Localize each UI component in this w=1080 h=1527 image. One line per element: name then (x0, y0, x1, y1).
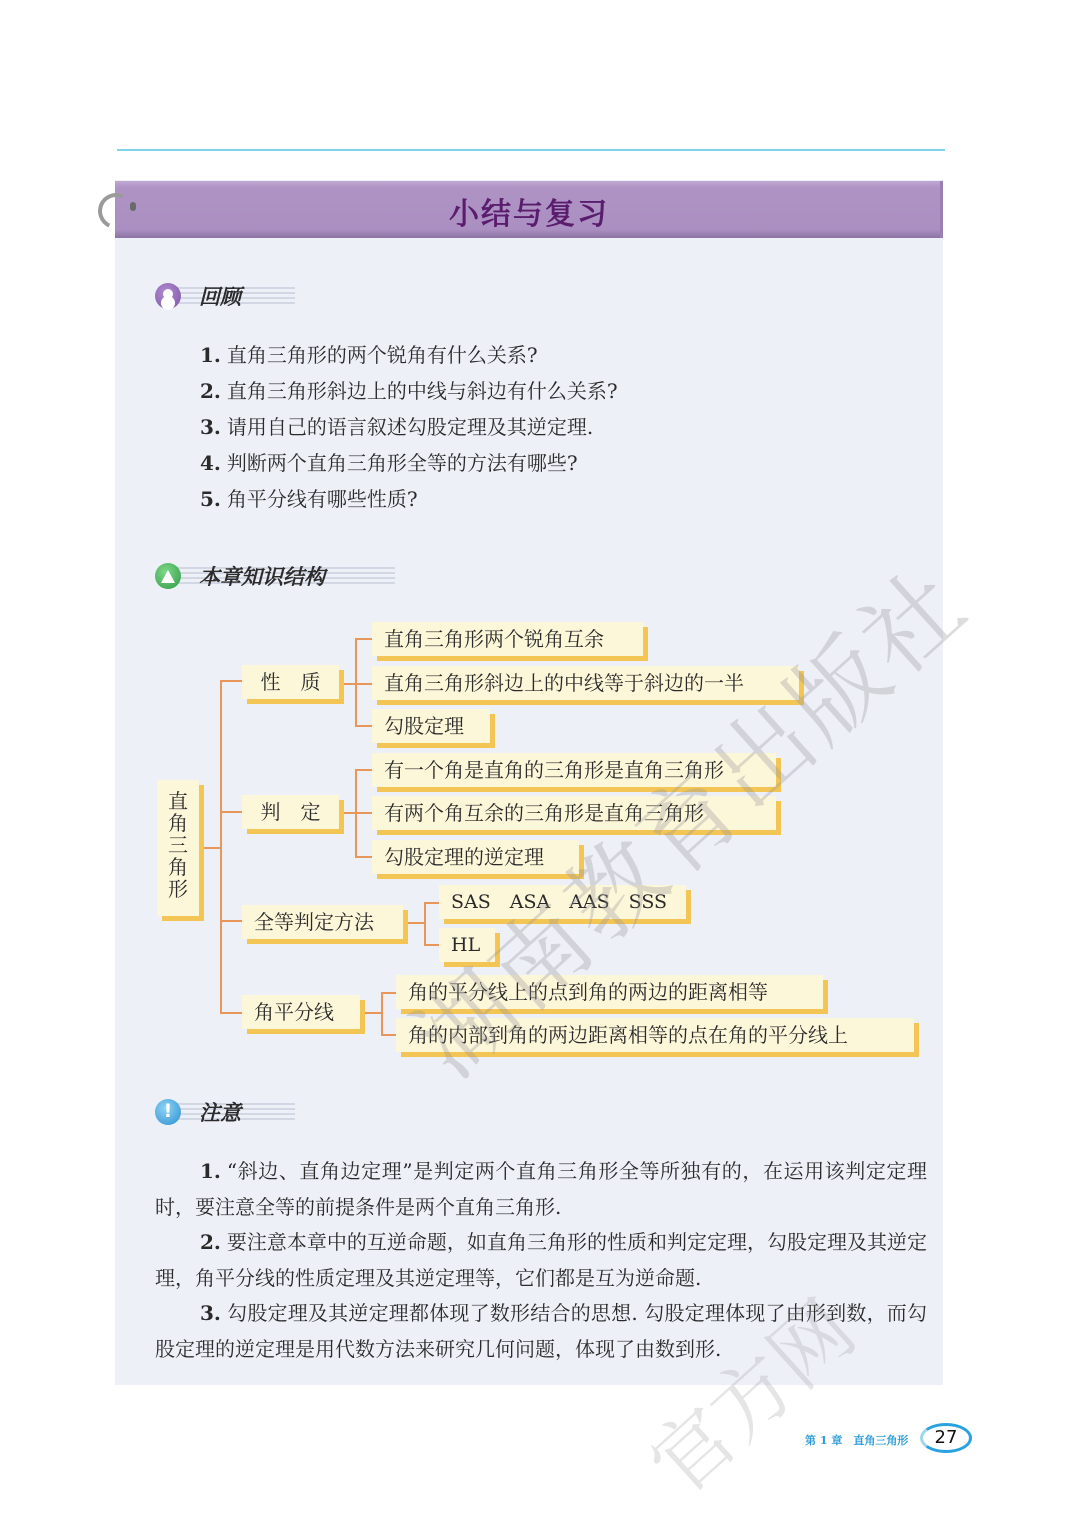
connector (220, 680, 242, 682)
exclamation-icon (155, 1099, 181, 1125)
binder-ring-end (130, 202, 136, 211)
connector (220, 811, 242, 813)
notes-body: 1.“斜边、直角边定理”是判定两个直角三角形全等所独有的，在运用该判定定理时，要… (155, 1154, 927, 1368)
section-label: 本章知识结构 (199, 561, 325, 591)
connector (355, 725, 372, 727)
tree-leaf: SAS ASA AAS SSS (439, 885, 686, 919)
item-number: 3. (200, 1301, 221, 1325)
connector (381, 1034, 396, 1036)
connector (355, 769, 372, 771)
tree-leaf: 有两个角互余的三角形是直角三角形 (372, 796, 776, 830)
item-text: “斜边、直角边定理”是判定两个直角三角形全等所独有的，在运用该判定定理时，要注意… (155, 1159, 927, 1219)
item-text: 判断两个直角三角形全等的方法有哪些? (227, 451, 578, 475)
tree-branch: 角平分线 (242, 995, 360, 1029)
connector (381, 992, 396, 994)
person-icon (155, 283, 181, 309)
connector (362, 1012, 382, 1014)
item-text: 勾股定理及其逆定理都体现了数形结合的思想. 勾股定理体现了由形到数，而勾股定理的… (155, 1301, 927, 1361)
review-list: 1.直角三角形的两个锐角有什么关系? 2.直角三角形斜边上的中线与斜边有什么关系… (200, 340, 618, 520)
item-number: 4. (200, 451, 221, 475)
connector (340, 812, 356, 814)
connector (220, 1012, 242, 1014)
section-label: 注意 (199, 1097, 241, 1127)
tree-branch: 性 质 (242, 665, 339, 699)
item-text: 直角三角形斜边上的中线与斜边有什么关系? (227, 379, 618, 403)
connector (355, 638, 357, 726)
tree-leaf: 勾股定理的逆定理 (372, 840, 579, 874)
connector (199, 847, 221, 849)
list-item: 2.直角三角形斜边上的中线与斜边有什么关系? (200, 376, 618, 412)
page-number: 27 (920, 1423, 972, 1453)
tree-leaf: 勾股定理 (372, 709, 490, 743)
item-text: 直角三角形的两个锐角有什么关系? (227, 343, 538, 367)
list-item: 5.角平分线有哪些性质? (200, 484, 618, 520)
section-label: 回顾 (199, 281, 241, 311)
tree-leaf: 直角三角形斜边上的中线等于斜边的一半 (372, 666, 799, 700)
connector (424, 902, 426, 945)
tree-leaf: 角的平分线上的点到角的两边的距离相等 (396, 975, 823, 1009)
tree-root: 直角三角形 (157, 780, 199, 916)
connector (340, 683, 356, 685)
tree-branch: 全等判定方法 (242, 905, 403, 939)
note-paragraph: 2.要注意本章中的互逆命题，如直角三角形的性质和判定定理，勾股定理及其逆定理，角… (155, 1225, 927, 1296)
connector (424, 902, 439, 904)
item-text: 请用自己的语言叙述勾股定理及其逆定理. (227, 415, 593, 439)
title-bar: 小结与复习 (115, 181, 943, 238)
list-item: 3.请用自己的语言叙述勾股定理及其逆定理. (200, 412, 618, 448)
list-item: 1.直角三角形的两个锐角有什么关系? (200, 340, 618, 376)
note-paragraph: 1.“斜边、直角边定理”是判定两个直角三角形全等所独有的，在运用该判定定理时，要… (155, 1154, 927, 1225)
mountain-icon (155, 563, 181, 589)
item-text: 要注意本章中的互逆命题，如直角三角形的性质和判定定理，勾股定理及其逆定理，角平分… (155, 1230, 927, 1290)
tree-branch: 判 定 (242, 795, 339, 829)
connector (355, 856, 372, 858)
tree-leaf: 有一个角是直角的三角形是直角三角形 (372, 753, 776, 787)
note-paragraph: 3.勾股定理及其逆定理都体现了数形结合的思想. 勾股定理体现了由形到数，而勾股定… (155, 1296, 927, 1367)
connector (405, 922, 425, 924)
root-label: 直角三角形 (167, 790, 189, 900)
connector (355, 683, 372, 685)
connector (381, 992, 383, 1035)
chapter-label: 第 1 章 直角三角形 (805, 1432, 908, 1448)
item-number: 1. (200, 343, 221, 367)
item-number: 2. (200, 379, 221, 403)
connector (220, 680, 222, 1013)
connector (424, 944, 439, 946)
item-number: 5. (200, 487, 221, 511)
connector (355, 638, 372, 640)
tree-leaf: 直角三角形两个锐角互余 (372, 622, 643, 656)
tree-leaf: 角的内部到角的两边距离相等的点在角的平分线上 (396, 1018, 914, 1052)
item-number: 3. (200, 415, 221, 439)
connector (355, 812, 372, 814)
connector (220, 920, 242, 922)
page-title: 小结与复习 (115, 189, 943, 233)
item-number: 1. (200, 1159, 221, 1183)
item-number: 2. (200, 1230, 221, 1254)
tree-leaf: HL (439, 928, 495, 962)
item-text: 角平分线有哪些性质? (227, 487, 418, 511)
top-rule (117, 149, 945, 151)
list-item: 4.判断两个直角三角形全等的方法有哪些? (200, 448, 618, 484)
